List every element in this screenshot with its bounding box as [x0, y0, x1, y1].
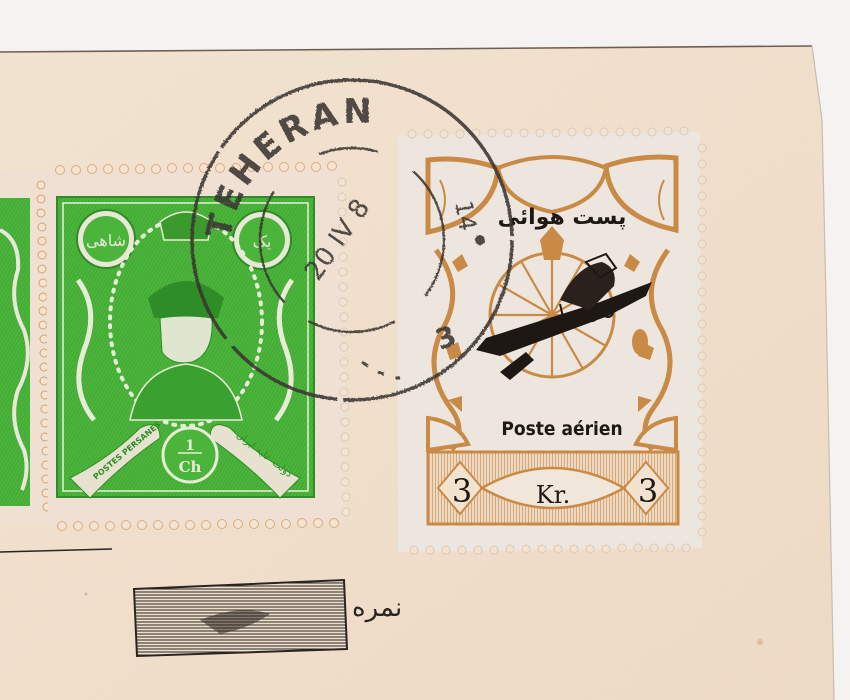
envelope-photo: 1 Ch POSTES PERSANES شاهی یک دولت علیه ا…: [0, 0, 850, 700]
persian-number-label: نمره: [352, 593, 402, 623]
address-number-field: نمره: [0, 0, 850, 700]
